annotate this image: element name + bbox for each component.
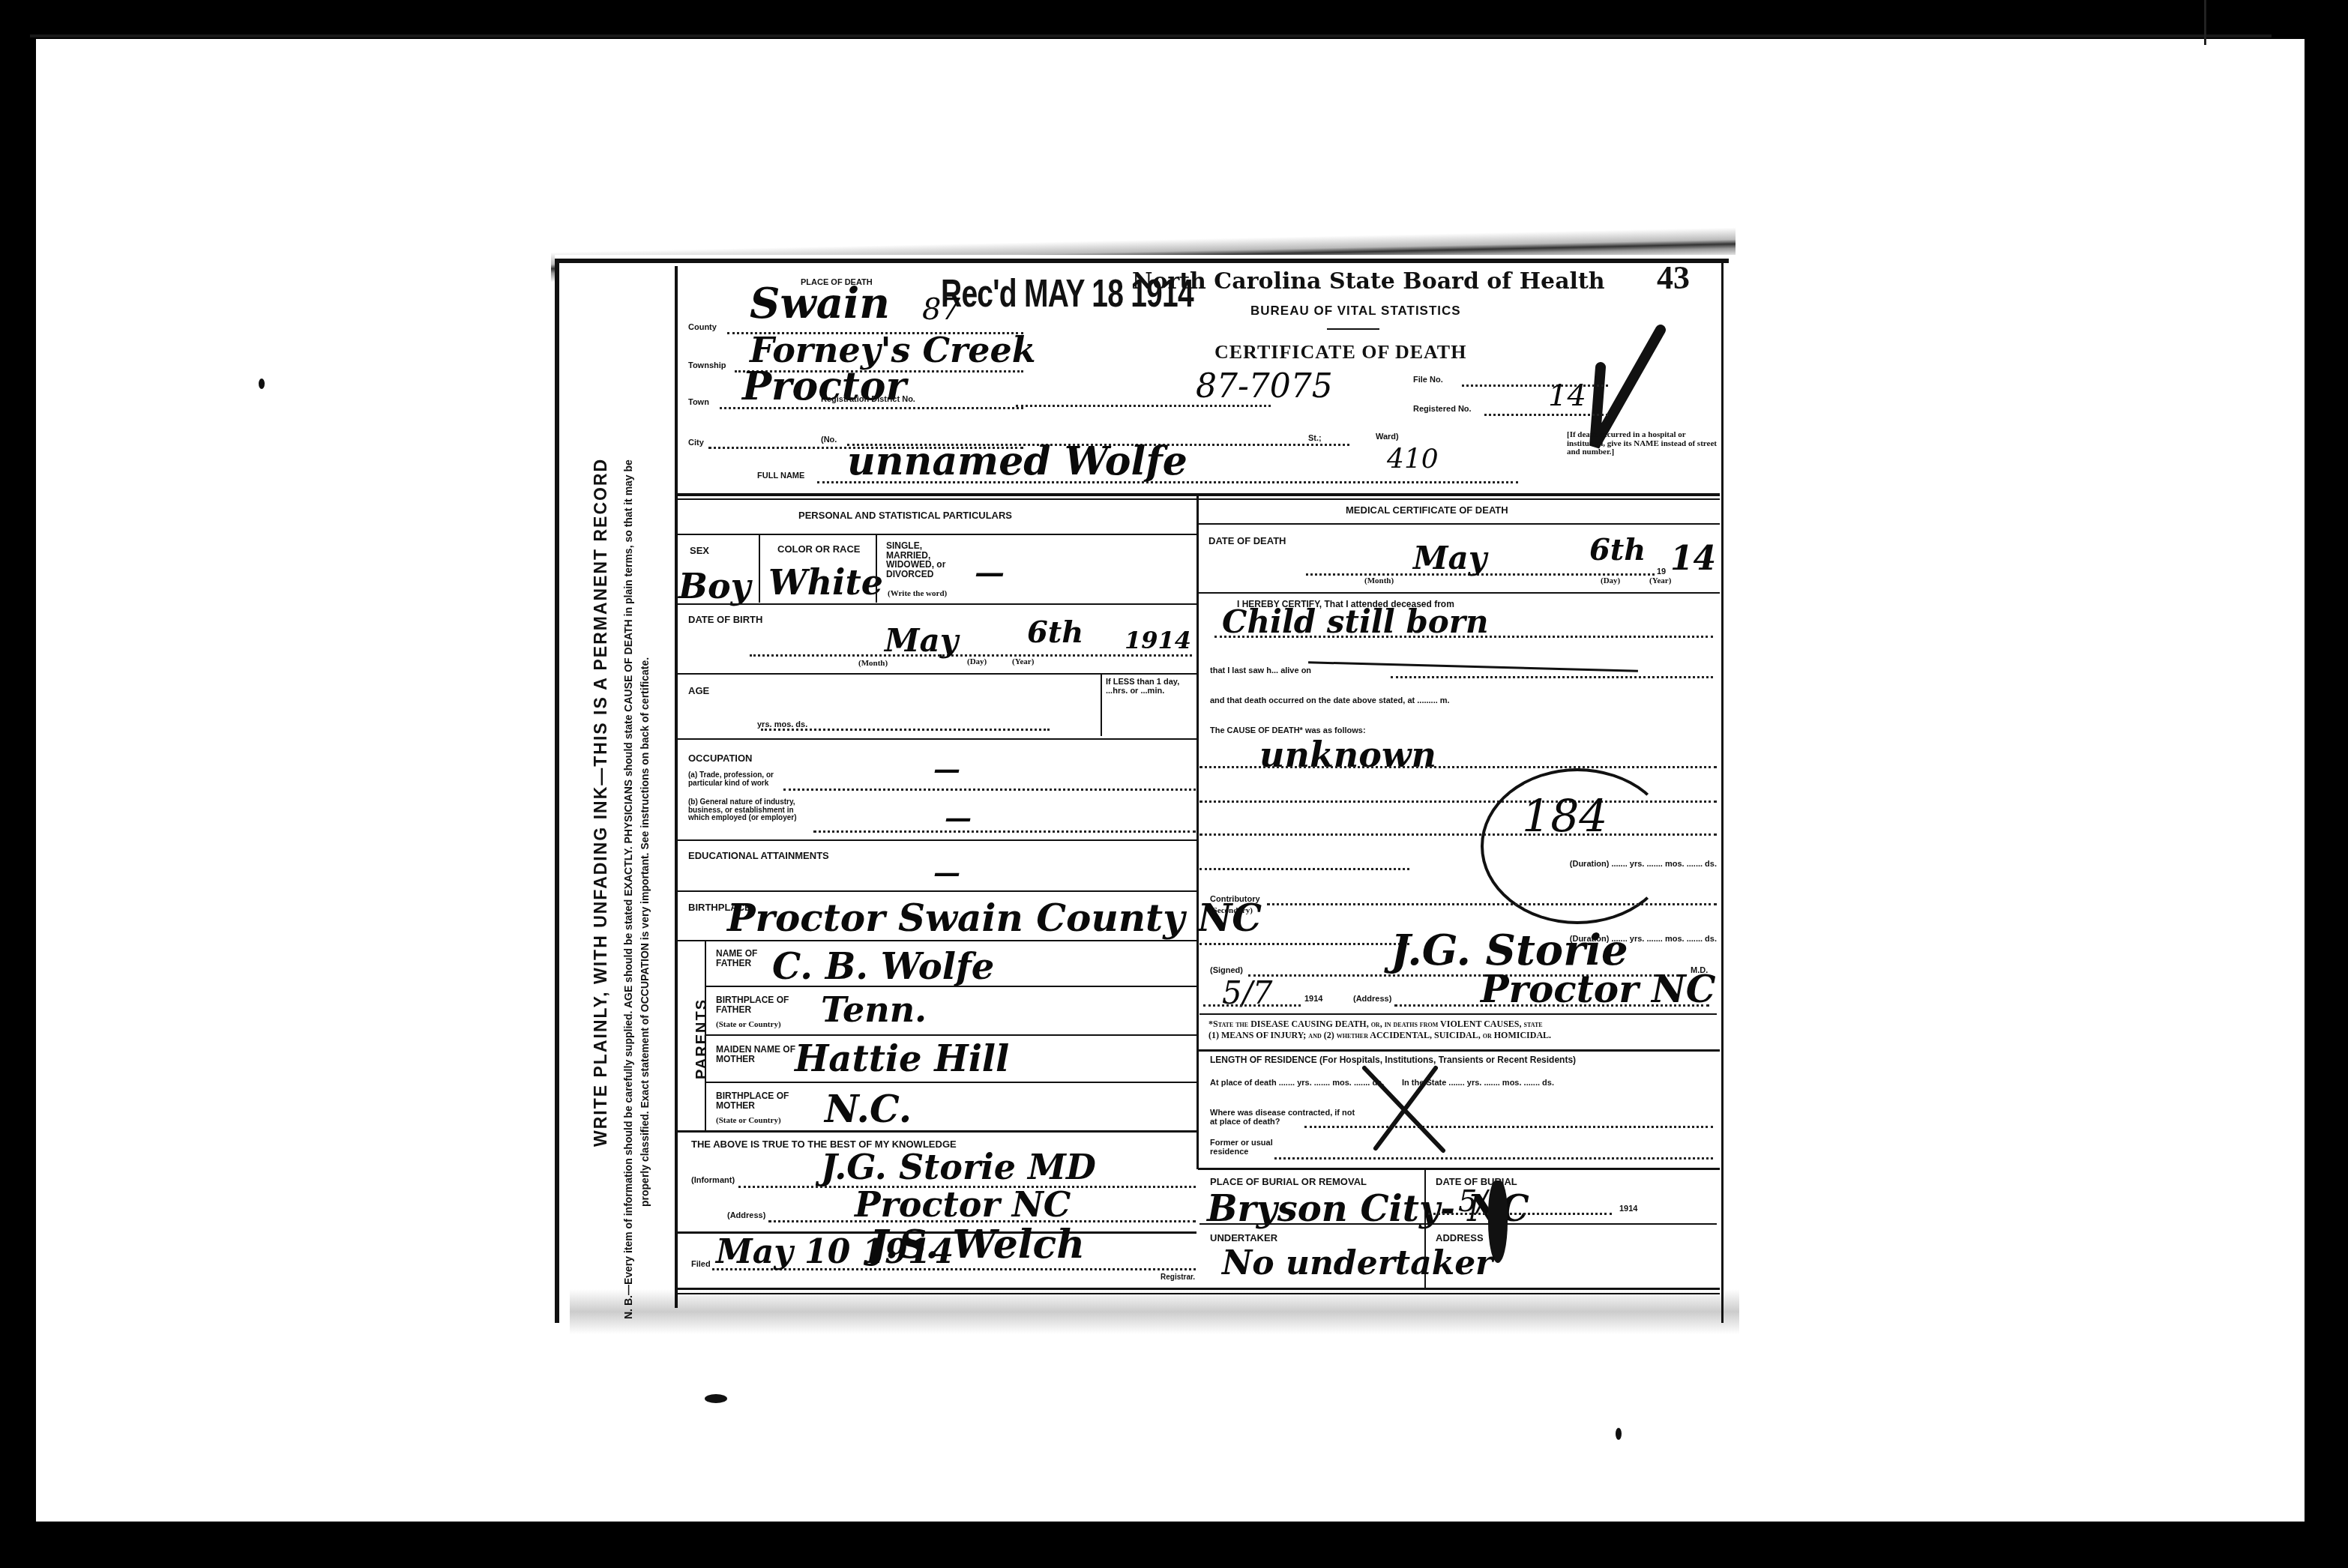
sidebar-note-2: properly classified. Exact statement of … (639, 657, 651, 1207)
filed-label: Filed (691, 1261, 711, 1270)
contributory-label: Contributory (1210, 896, 1260, 905)
occupation-a-label: (a) Trade, profession, or particular kin… (688, 772, 801, 788)
father-birthplace-label: BIRTHPLACE OF FATHER (716, 995, 798, 1014)
dob-day: 6th (1027, 615, 1083, 650)
dod-label: DATE OF DEATH (1208, 536, 1286, 546)
state-country-label: (State or Country) (716, 1021, 781, 1030)
cause-value: unknown (1259, 735, 1436, 775)
st-label: St.; (1308, 435, 1322, 444)
page-right-rule (2204, 0, 2206, 45)
dod-year-prefix: 19 (1657, 568, 1666, 577)
month-label: (Month) (1364, 577, 1394, 586)
occupation-b-line (813, 830, 1196, 833)
cell-divider (876, 535, 877, 603)
row-rule (678, 673, 1196, 675)
age-label: AGE (688, 686, 709, 696)
county-value: Swain (750, 279, 890, 328)
burial-year: 1914 (1619, 1205, 1637, 1214)
sidebar-main-text: WRITE PLAINLY, WITH UNFADING INK—THIS IS… (591, 458, 611, 1147)
ward-label: Ward) (1376, 433, 1399, 442)
duration-line (1199, 868, 1409, 870)
attended-line (1214, 636, 1713, 638)
marital-hint: (Write the word) (888, 590, 947, 599)
row-rule (678, 839, 1196, 841)
row-rule (706, 986, 1196, 987)
row-rule (678, 738, 1196, 740)
dod-day: 6th (1589, 532, 1646, 567)
certificate-border-right (1721, 259, 1724, 1323)
duration-line (1199, 943, 1409, 945)
bottom-rule (678, 1293, 1720, 1294)
city-no-label: (No. (821, 436, 837, 445)
parents-divider (705, 941, 706, 1133)
parents-label: PARENTS (693, 998, 711, 1079)
signed-year: 1914 (1304, 995, 1322, 1004)
cause-line (1199, 766, 1717, 768)
occupation-b-value: — (945, 802, 972, 833)
occupation-a-line (783, 788, 1196, 791)
name-annotation: 410 (1387, 444, 1439, 474)
undertaker-label: UNDERTAKER (1210, 1233, 1277, 1243)
informant-label: (Informant) (691, 1177, 735, 1186)
race-value: White (768, 562, 883, 603)
registered-no-line (1484, 414, 1608, 416)
dob-year: 1914 (1125, 626, 1191, 654)
section-rule (678, 493, 1720, 496)
page-top-rule (30, 34, 2272, 37)
row-rule (678, 534, 1196, 535)
contributory-line (1267, 903, 1717, 905)
year-label: (Year) (1012, 658, 1034, 667)
hospital-note: [If death occurred in a hospital or inst… (1567, 431, 1721, 457)
former-residence-line (1274, 1157, 1713, 1160)
row-rule (1198, 1049, 1720, 1052)
sex-label: SEX (690, 546, 709, 556)
day-label: (Day) (967, 658, 987, 667)
certificate-border-top (559, 259, 1729, 263)
county-annotation: 87 (922, 292, 960, 327)
county-label: County (688, 324, 717, 333)
father-label: NAME OF FATHER (716, 949, 768, 968)
dob-month: May (885, 622, 958, 659)
marital-label: SINGLE, MARRIED, WIDOWED, or DIVORCED (886, 541, 969, 579)
row-rule (1199, 1223, 1717, 1225)
cell-divider (759, 535, 760, 603)
dod-month: May (1413, 540, 1487, 576)
physician-address: Proctor NC (1481, 967, 1715, 1011)
informant-address-value: Proctor NC (855, 1184, 1071, 1225)
bureau-title: BUREAU OF VITAL STATISTICS (1250, 304, 1461, 319)
registered-no-value: 14 (1548, 379, 1586, 413)
board-title: North Carolina State Board of Health (1132, 268, 1605, 295)
row-rule (678, 940, 1196, 941)
cross-out-mark (1349, 1064, 1454, 1154)
residence-heading: LENGTH OF RESIDENCE (For Hospitals, Inst… (1210, 1055, 1576, 1065)
day-label: (Day) (1601, 577, 1620, 586)
certificate-border-left (555, 259, 559, 1323)
row-rule (678, 603, 1196, 605)
dob-line (750, 654, 1192, 657)
age-line (761, 729, 1050, 731)
death-time-label: and that death occurred on the date abov… (1210, 697, 1450, 706)
marital-value: — (975, 555, 1005, 590)
reg-district-label: Registration District No. (821, 396, 915, 405)
town-label: Town (688, 399, 709, 408)
undertaker-value: No undertaker (1222, 1244, 1493, 1282)
row-rule (706, 1034, 1196, 1036)
divider (1327, 328, 1379, 330)
sidebar-instructions: WRITE PLAINLY, WITH UNFADING INK—THIS IS… (561, 270, 673, 1312)
former-residence-label: Former or usual residence (1210, 1139, 1300, 1157)
mother-birthplace-value: N.C. (825, 1087, 912, 1131)
registrar-signature: J.S. Welch (870, 1222, 1085, 1267)
full-name-value: unnamed Wolfe (847, 438, 1187, 484)
physician-address-label: (Address) (1353, 995, 1391, 1004)
registrar-label: Registrar. (1161, 1274, 1195, 1282)
signed-date-line (1203, 1004, 1301, 1007)
certificate-title: CERTIFICATE OF DEATH (1214, 341, 1466, 364)
personal-heading: PERSONAL AND STATISTICAL PARTICULARS (798, 510, 1012, 521)
father-birthplace-value: Tenn. (821, 989, 927, 1030)
medical-heading: MEDICAL CERTIFICATE OF DEATH (1346, 504, 1508, 516)
file-no-label: File No. (1413, 376, 1443, 385)
section-rule (678, 498, 1720, 500)
education-value: — (933, 857, 960, 888)
bottom-rule (678, 1288, 1720, 1290)
contracted-label: Where was disease contracted, if not at … (1210, 1109, 1360, 1127)
birthplace-value: Proctor Swain County NC (727, 896, 1262, 940)
occupation-b-label: (b) General nature of industry, business… (688, 799, 812, 823)
month-label: (Month) (858, 660, 888, 669)
corner-number: 43 (1657, 259, 1690, 297)
year-label: (Year) (1649, 577, 1671, 586)
row-rule (1198, 1168, 1720, 1170)
registered-no-label: Registered No. (1413, 405, 1472, 414)
burial-date-value: 5/ (1458, 1184, 1487, 1219)
footnote-line-1: *State the DISEASE CAUSING DEATH, or, in… (1208, 1019, 1543, 1029)
speck (259, 379, 265, 389)
race-label: COLOR OR RACE (777, 544, 861, 555)
mother-value: Hattie Hill (795, 1038, 1009, 1080)
dod-year: 14 (1670, 540, 1716, 578)
education-label: EDUCATIONAL ATTAINMENTS (688, 851, 829, 861)
mother-birthplace-label: BIRTHPLACE OF MOTHER (716, 1091, 798, 1110)
secondary-label: (Secondary) (1210, 907, 1253, 916)
row-rule (1199, 1013, 1717, 1015)
undertaker-address-label: ADDRESS (1436, 1233, 1484, 1243)
full-name-label: FULL NAME (757, 472, 804, 481)
township-label: Township (688, 362, 726, 371)
informant-address-label: (Address) (727, 1212, 765, 1221)
occupation-a-value: — (933, 753, 960, 785)
cause-code: 184 (1522, 791, 1608, 843)
last-saw-label: that I last saw h... alive on (1210, 667, 1311, 676)
sidebar-note-1: N. B.—Every item of information should b… (622, 459, 634, 1319)
row-rule (678, 1130, 1196, 1133)
city-label: City (688, 439, 704, 448)
last-saw-line (1391, 676, 1713, 678)
cell-divider (1101, 675, 1102, 736)
state-country-label: (State or Country) (716, 1117, 781, 1126)
dob-label: DATE OF BIRTH (688, 615, 762, 625)
row-rule (678, 890, 1196, 892)
mother-label: MAIDEN NAME OF MOTHER (716, 1045, 798, 1064)
speck (705, 1394, 727, 1403)
reg-district-value: 87-7075 (1196, 367, 1333, 405)
burial-place-label: PLACE OF BURIAL OR REMOVAL (1210, 1177, 1367, 1187)
occupation-label: OCCUPATION (688, 753, 752, 764)
father-value: C. B. Wolfe (772, 946, 994, 988)
column-divider (1196, 495, 1199, 1169)
speck (1616, 1428, 1622, 1440)
burial-date-line (1428, 1213, 1612, 1215)
row-rule (1198, 592, 1720, 594)
row-rule (706, 1082, 1196, 1083)
sex-value: Boy (678, 566, 750, 606)
informant-value: J.G. Storie MD (821, 1147, 1096, 1187)
row-rule (1198, 523, 1720, 525)
footnote-line-2: (1) MEANS OF INJURY; and (2) whether ACC… (1208, 1031, 1551, 1040)
attended-value: Child still born (1222, 603, 1488, 640)
less-than-label: If LESS than 1 day, ...hrs. or ...min. (1106, 678, 1196, 696)
